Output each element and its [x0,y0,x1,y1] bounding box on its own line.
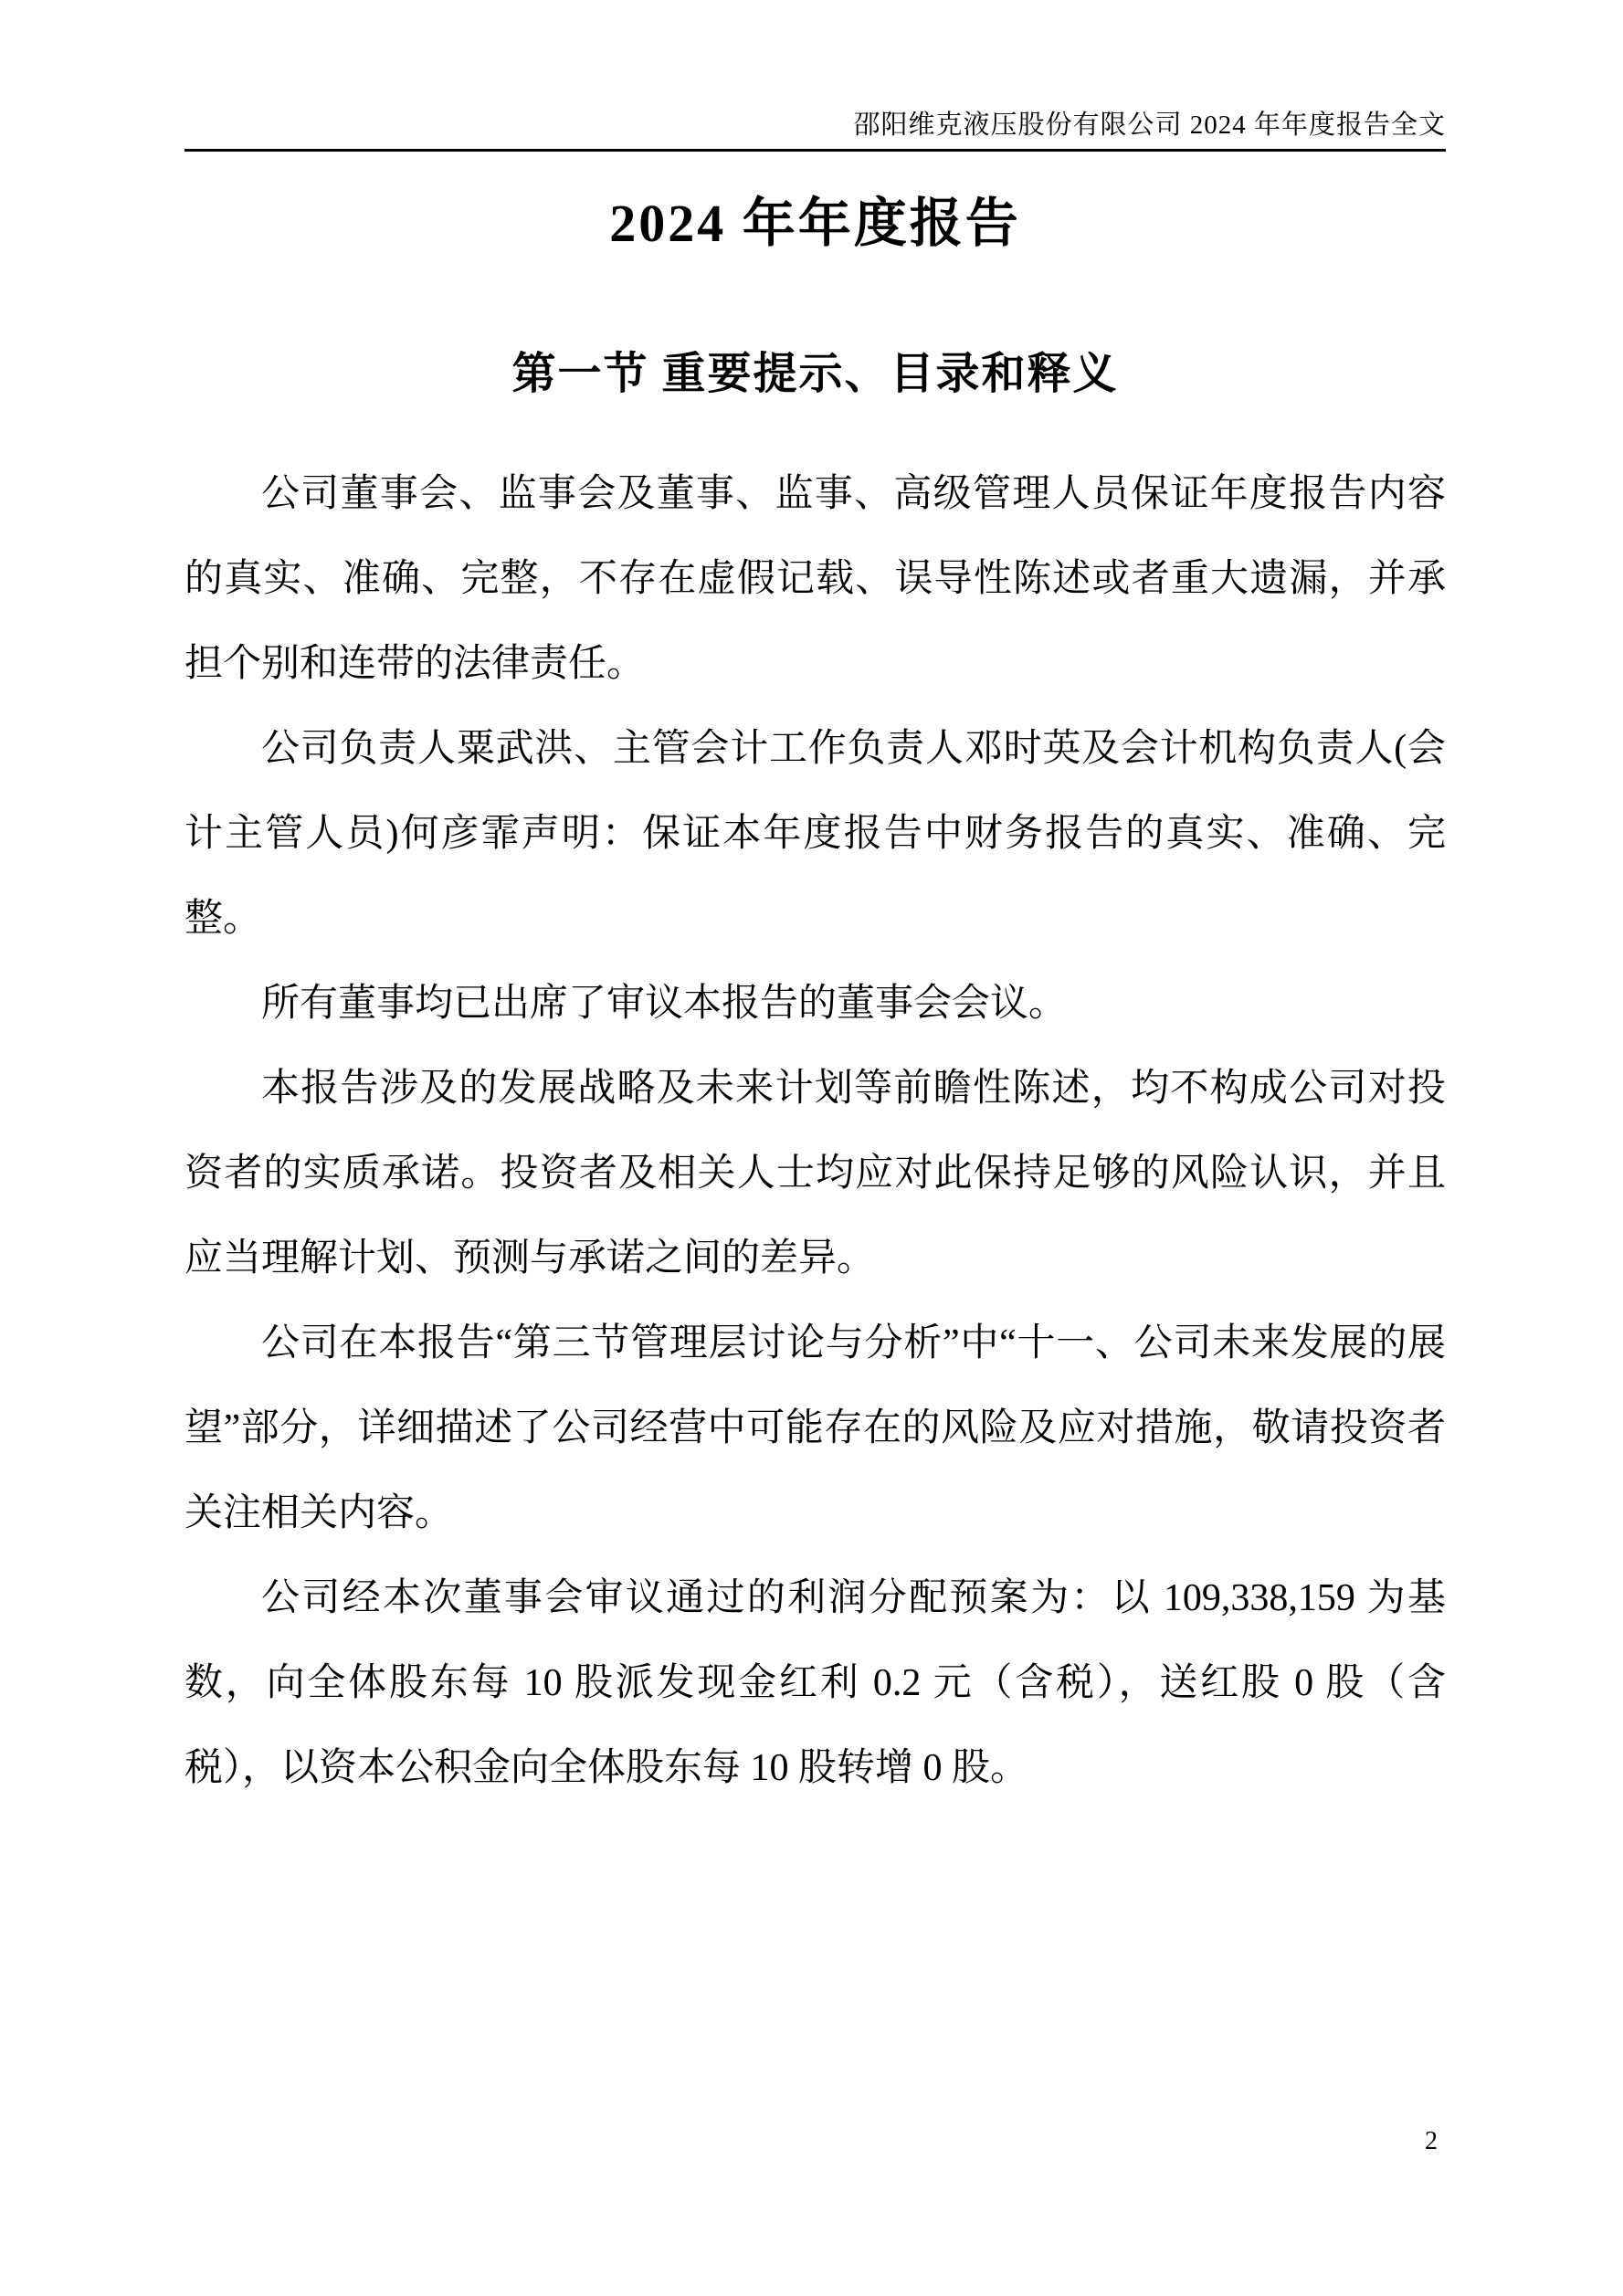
paragraph-officer-statement: 公司负责人粟武洪、主管会计工作负责人邓时英及会计机构负责人(会计主管人员)何彦霏… [184,707,1446,962]
report-title: 2024 年年度报告 [184,192,1446,256]
document-page: 邵阳维克液压股份有限公司 2024 年年度报告全文 2024 年年度报告 第一节… [0,0,1623,2296]
paragraph-profit-distribution-plan: 公司经本次董事会审议通过的利润分配预案为：以 109,338,159 为基数，向… [184,1556,1446,1811]
paragraph-directors-attendance: 所有董事均已出席了审议本报告的董事会会议。 [184,962,1446,1047]
document-body: 公司董事会、监事会及董事、监事、高级管理人员保证年度报告内容的真实、准确、完整，… [184,452,1446,1811]
paragraph-board-statement: 公司董事会、监事会及董事、监事、高级管理人员保证年度报告内容的真实、准确、完整，… [184,452,1446,707]
paragraph-forward-looking-statement: 本报告涉及的发展战略及未来计划等前瞻性陈述，均不构成公司对投资者的实质承诺。投资… [184,1047,1446,1301]
paragraph-risk-disclosure: 公司在本报告“第三节管理层讨论与分析”中“十一、公司未来发展的展望”部分，详细描… [184,1301,1446,1556]
section-title: 第一节 重要提示、目录和释义 [184,347,1446,402]
running-header: 邵阳维克液压股份有限公司 2024 年年度报告全文 [184,110,1446,141]
page-number: 2 [1425,2126,1438,2157]
header-divider [184,149,1446,152]
